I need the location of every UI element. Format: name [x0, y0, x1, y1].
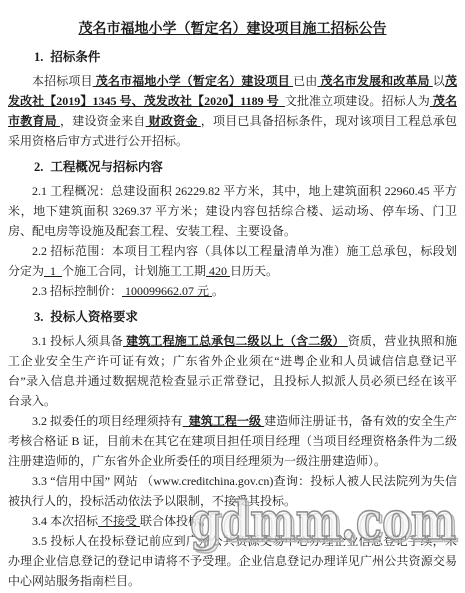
text-run: 3.4 本次招标 [32, 514, 98, 528]
text-run: 已由 [293, 74, 317, 88]
text-run: 2.3 招标控制价： [32, 284, 122, 298]
text-run: 本招标项目 [32, 74, 93, 88]
text-run: 2.1 工程概况：总建设面积 26229.82 平方米，其中，地上建筑面积 22… [8, 184, 457, 238]
text-run-underlined: 100099662.07 元 [122, 284, 212, 298]
paragraph-3-5: 3.5 投标人在投标登记前应到广州公共资源交易中心办理企业信息登记手续，未办理企… [8, 531, 457, 591]
section-3-number: 3. [34, 310, 43, 324]
section-1-title: 招标条件 [50, 50, 100, 64]
text-run: 日历天。 [230, 264, 278, 278]
text-run: ，建设资金来自 [60, 114, 145, 128]
text-run-underlined: 420 [206, 264, 230, 278]
section-3-title: 投标人资格要求 [50, 310, 138, 324]
text-run: 。 [212, 284, 224, 298]
text-run-underlined: 茂名市福地小学（暂定名）建设项目 [93, 74, 293, 88]
text-run-underlined: 建筑工程一级 [183, 414, 265, 428]
text-run-underlined: 1 [44, 264, 62, 278]
paragraph-2-2: 2.2 招标范围：本项目工程内容（具体以工程量清单为准）施工总承包，标段划分定为… [8, 241, 457, 281]
text-run: 3.1 投标人须具备 [32, 334, 123, 348]
section-1-number: 1. [34, 50, 43, 64]
paragraph-3-4: 3.4 本次招标 不接受 联合体投标。 [8, 511, 457, 531]
section-2-number: 2. [34, 160, 43, 174]
text-run-underlined: 建筑工程施工总承包二级以上（含二级） [123, 334, 348, 348]
section-2-title: 工程概况与招标内容 [50, 160, 163, 174]
paragraph-2-1: 2.1 工程概况：总建设面积 26229.82 平方米，其中，地上建筑面积 22… [8, 181, 457, 241]
text-run: 3.5 投标人在投标登记前应到广州公共资源交易中心办理企业信息登记手续，未办理企… [8, 534, 457, 588]
paragraph-3-3: 3.3 “信用中国” 网站 （www.creditchina.gov.cn)查询… [8, 471, 457, 511]
paragraph-3-1: 3.1 投标人须具备 建筑工程施工总承包二级以上（含二级） 资质，营业执照和施工… [8, 331, 457, 411]
text-run-underlined: 茂名市发展和改革局 [317, 74, 432, 88]
paragraph-2-3: 2.3 招标控制价： 100099662.07 元 。 [8, 281, 457, 301]
paragraph-1-1: 本招标项目 茂名市福地小学（暂定名）建设项目 已由 茂名市发展和改革局 以茂发改… [8, 71, 457, 151]
text-run-underlined: 不接受 [98, 514, 140, 528]
section-2-heading: 2.工程概况与招标内容 [34, 158, 457, 176]
text-run: 个施工合同，计划施工工期 [62, 264, 206, 278]
text-run-underlined: 财政资金 [146, 114, 201, 128]
section-1-heading: 1.招标条件 [34, 48, 457, 66]
text-run: 联合体投标。 [140, 514, 212, 528]
paragraph-3-2: 3.2 拟委任的项目经理须持有 建筑工程一级 建造师注册证书，备有效的安全生产考… [8, 411, 457, 471]
document-page: 茂名市福地小学（暂定名）建设项目施工招标公告 1.招标条件 本招标项目 茂名市福… [0, 0, 465, 593]
text-run: 文批准立项建设。招标人为 [285, 94, 430, 108]
text-run: 3.3 “信用中国” 网站 （www.creditchina.gov.cn)查询… [8, 474, 457, 508]
document-title: 茂名市福地小学（暂定名）建设项目施工招标公告 [8, 20, 457, 40]
text-run: 3.2 拟委任的项目经理须持有 [32, 414, 183, 428]
section-3-heading: 3.投标人资格要求 [34, 308, 457, 326]
text-run: 以 [433, 74, 445, 88]
